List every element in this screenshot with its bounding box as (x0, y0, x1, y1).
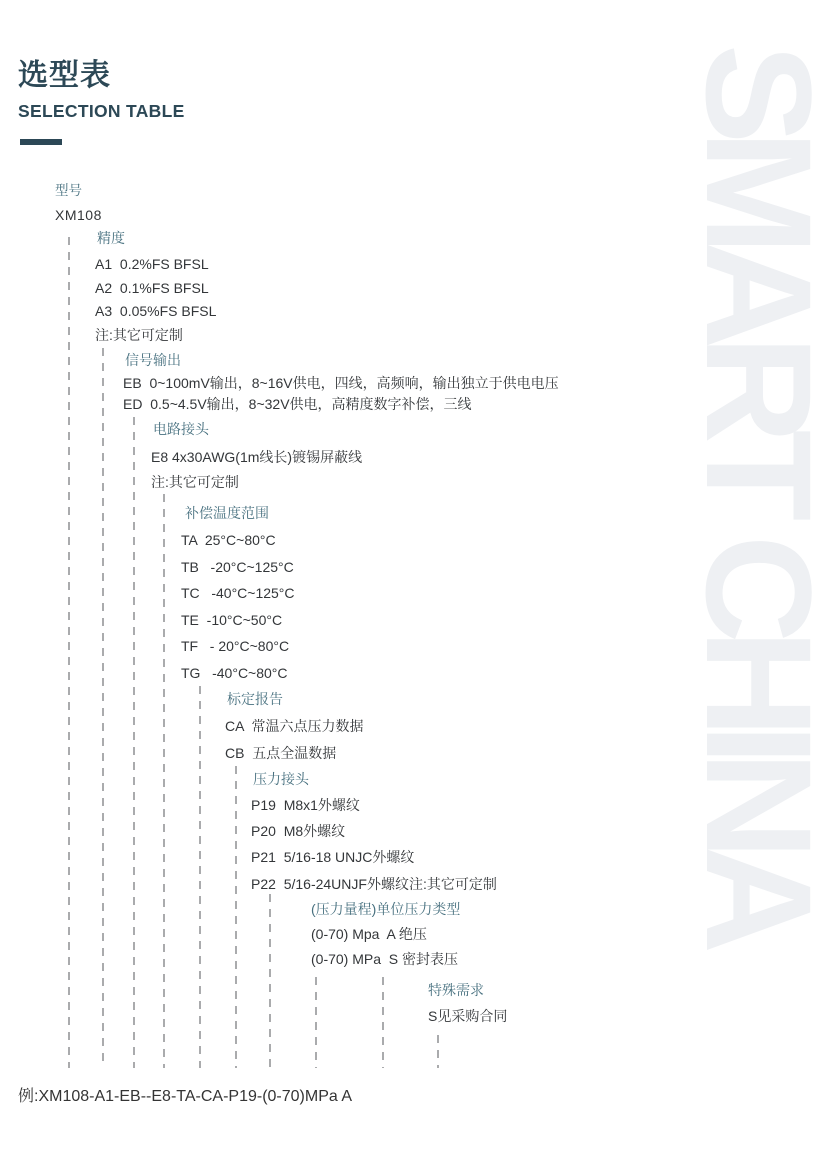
tree-dashed-line-5 (235, 766, 237, 1068)
option-row: P22 5/16-24UNJF外螺纹注:其它可定制 (251, 876, 497, 893)
tree-dashed-line-3 (163, 494, 165, 1068)
option-row: P19 M8x1外螺纹 (251, 797, 360, 814)
option-row: A3 0.05%FS BFSL (95, 303, 216, 320)
option-row: TF - 20°C~80°C (181, 638, 289, 655)
section-label-5: 压力接头 (253, 771, 309, 788)
section-label-6: (压力量程)单位压力类型 (311, 901, 460, 918)
section-label-1: 信号输出 (125, 352, 181, 369)
option-row: CA 常温六点压力数据 (225, 718, 363, 735)
option-row: S见采购合同 (428, 1008, 507, 1025)
model-label: 型号 (55, 182, 82, 199)
option-row: ED 0.5~4.5V输出，8~32V供电，高精度数字补偿，三线 (123, 396, 472, 413)
option-row: E8 4x30AWG(1m线长)镀锡屏蔽线 (151, 449, 362, 466)
option-row: TB -20°C~125°C (181, 559, 294, 576)
tree-dashed-line-6 (269, 894, 271, 1068)
tree-dashed-line-1 (102, 348, 104, 1068)
title-underline (20, 139, 62, 145)
tree-dashed-line-7 (315, 977, 317, 1068)
option-row: CB 五点全温数据 (225, 745, 336, 762)
section-label-2: 电路接头 (153, 421, 209, 438)
option-row: P20 M8外螺纹 (251, 823, 345, 840)
section-label-3: 补偿温度范围 (185, 505, 269, 522)
option-row: TG -40°C~80°C (181, 665, 288, 682)
example-code: 例:XM108-A1-EB--E8-TA-CA-P19-(0-70)MPa A (18, 1083, 352, 1106)
option-row: TC -40°C~125°C (181, 585, 295, 602)
option-row: A1 0.2%FS BFSL (95, 256, 209, 273)
section-label-4: 标定报告 (227, 691, 283, 708)
option-row: 注:其它可定制 (151, 474, 239, 491)
section-label-7: 特殊需求 (428, 982, 484, 999)
tree-dashed-line-0 (68, 237, 70, 1068)
model-value: XM108 (55, 207, 102, 224)
tree-dashed-line-4 (199, 686, 201, 1068)
option-row: 注:其它可定制 (95, 327, 183, 344)
selection-table-page: SMART CHINA 选型表 SELECTION TABLE 型号XM108精… (0, 0, 840, 1169)
option-row: P21 5/16-18 UNJC外螺纹 (251, 849, 414, 866)
option-row: EB 0~100mV输出，8~16V供电，四线，高频响，输出独立于供电电压 (123, 375, 559, 392)
option-row: (0-70) Mpa A 绝压 (311, 926, 427, 943)
section-label-0: 精度 (97, 230, 125, 247)
page-title: 选型表 (18, 50, 111, 94)
tree-dashed-line-8 (382, 977, 384, 1068)
option-row: TA 25°C~80°C (181, 532, 276, 549)
option-row: A2 0.1%FS BFSL (95, 280, 209, 297)
option-row: (0-70) MPa S 密封表压 (311, 951, 458, 968)
option-row: TE -10°C~50°C (181, 612, 282, 629)
smart-china-watermark: SMART CHINA (684, 44, 834, 940)
tree-dashed-line-2 (133, 417, 135, 1068)
page-subtitle: SELECTION TABLE (18, 101, 185, 122)
tree-dashed-line-9 (437, 1035, 439, 1068)
